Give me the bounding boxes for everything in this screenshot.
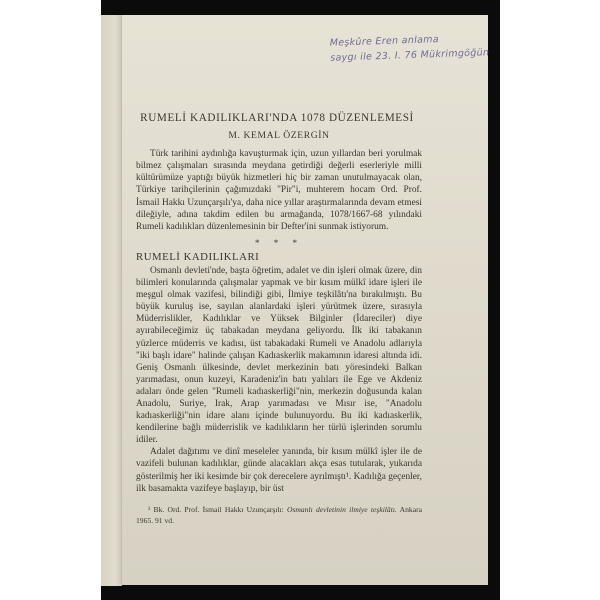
handwritten-dedication: Meşkûre Eren anlama saygı ile 23. I. 76 … (330, 30, 491, 66)
intro-paragraph: Türk tarihini aydınlığa kavuşturmak için… (136, 148, 422, 233)
page-gutter (101, 15, 122, 586)
article-body: RUMELİ KADILIKLARI'NDA 1078 DÜZENLEMESİ … (136, 112, 422, 526)
body-paragraph: Adalet dağıtımı ve dinî meseleler yanınd… (136, 446, 422, 494)
body-paragraph: Osmanlı devleti'nde, başta öğretim, adal… (136, 265, 422, 446)
article-title: RUMELİ KADILIKLARI'NDA 1078 DÜZENLEMESİ (132, 112, 422, 124)
section-heading: RUMELİ KADILIKLARI (136, 251, 422, 263)
footnote-marker: ¹ (148, 505, 150, 514)
footnote-book-title: Osmanlı devletinin ilmiye teşkilâtı. (287, 505, 397, 514)
article-author: M. KEMAL ÖZERGİN (136, 130, 422, 142)
footnote-text: Bk. Ord. Prof. İsmail Hakkı Uzunçarşılı: (154, 505, 284, 514)
section-separator: * * * (136, 237, 422, 249)
footnote: ¹ Bk. Ord. Prof. İsmail Hakkı Uzunçarşıl… (136, 504, 422, 526)
